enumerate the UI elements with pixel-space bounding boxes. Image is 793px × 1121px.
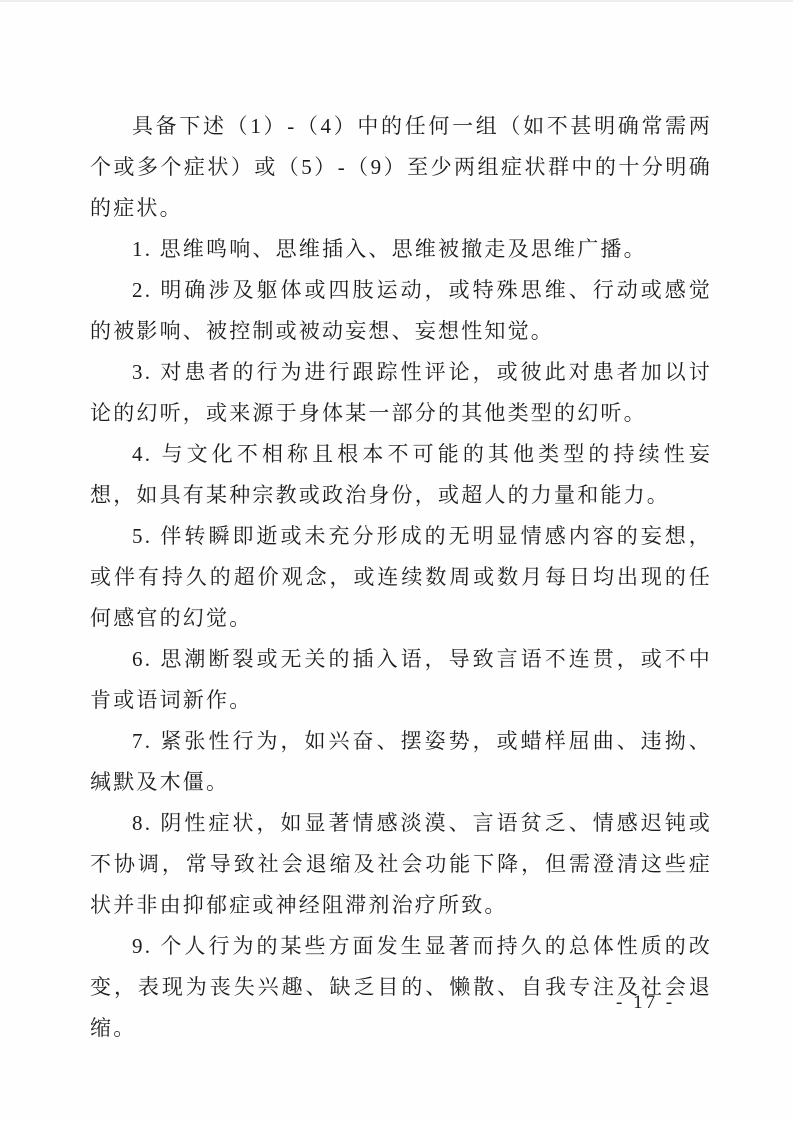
criterion-item-7: 7. 紧张性行为，如兴奋、摆姿势，或蜡样屈曲、违拗、缄默及木僵。	[90, 721, 712, 803]
intro-paragraph: 具备下述（1）-（4）中的任何一组（如不甚明确常需两个或多个症状）或（5）-（9…	[90, 106, 712, 229]
criterion-item-3: 3. 对患者的行为进行跟踪性评论，或彼此对患者加以讨论的幻听，或来源于身体某一部…	[90, 352, 712, 434]
criterion-item-6: 6. 思潮断裂或无关的插入语，导致言语不连贯，或不中肯或语词新作。	[90, 639, 712, 721]
document-body: 具备下述（1）-（4）中的任何一组（如不甚明确常需两个或多个症状）或（5）-（9…	[90, 106, 712, 1049]
criterion-item-5: 5. 伴转瞬即逝或未充分形成的无明显情感内容的妄想，或伴有持久的超价观念，或连续…	[90, 516, 712, 639]
criterion-item-9: 9. 个人行为的某些方面发生显著而持久的总体性质的改变，表现为丧失兴趣、缺乏目的…	[90, 926, 712, 1049]
criterion-item-8: 8. 阴性症状，如显著情感淡漠、言语贫乏、情感迟钝或不协调，常导致社会退缩及社会…	[90, 803, 712, 926]
page-number: - 17 -	[616, 992, 675, 1014]
criterion-item-2: 2. 明确涉及躯体或四肢运动，或特殊思维、行动或感觉的被影响、被控制或被动妄想、…	[90, 270, 712, 352]
criterion-item-4: 4. 与文化不相称且根本不可能的其他类型的持续性妄想，如具有某种宗教或政治身份，…	[90, 434, 712, 516]
scan-edge-artifact	[0, 0, 793, 2]
document-page: 具备下述（1）-（4）中的任何一组（如不甚明确常需两个或多个症状）或（5）-（9…	[0, 0, 793, 1121]
criterion-item-1: 1. 思维鸣响、思维插入、思维被撤走及思维广播。	[90, 229, 712, 270]
